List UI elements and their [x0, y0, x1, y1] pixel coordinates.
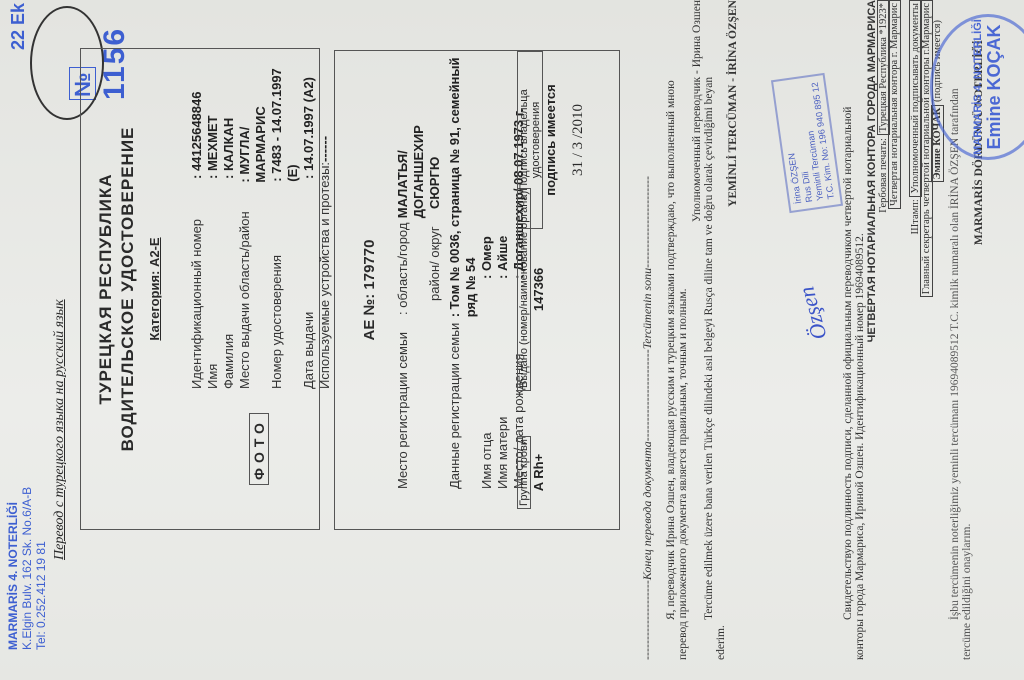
- translator-statement-ru: Я, переводчик Ирина Озшен, владеющая рус…: [665, 0, 677, 660]
- issue-date: 31 / 3 /2010: [570, 51, 587, 229]
- field-label: Фамилия: [221, 179, 237, 389]
- translation-note: Перевод с турецкого языка на русский язы…: [52, 299, 68, 560]
- field-row: Место выдачи область/район: МУГЛА/ МАРМА…: [237, 49, 269, 389]
- field-value: : 7483 - 14.07.1997 (E): [269, 49, 301, 182]
- field-value: : 14.07.1997 (A2): [301, 77, 317, 179]
- stamp-date-fragment: 22 Ek: [8, 3, 29, 50]
- field-label: Имя матери: [495, 279, 511, 489]
- signature-value: подпись имеется: [543, 51, 558, 229]
- seal-ring-text: MARMARİS 4. NOTERLİĞİ: [972, 19, 984, 155]
- serial-number: AE №: 179770: [361, 51, 378, 529]
- license-front: ТУРЕЦКАЯ РЕСПУБЛИКА ВОДИТЕЛЬСКОЕ УДОСТОВ…: [80, 48, 320, 530]
- region-value: МАЛАТЬЯ/ ДОГАНШЕХИР: [395, 59, 427, 218]
- field-label: Идентификационный номер: [189, 179, 205, 389]
- translator-signature: Özşen: [793, 284, 832, 343]
- blood-group: Группа крови A Rh+: [517, 436, 546, 509]
- family-fields: Данные регистрации семьи: Том № 0036, ст…: [447, 53, 527, 489]
- blood-value: A Rh+: [531, 436, 546, 509]
- district-label: район/ округ: [427, 209, 443, 309]
- field-row: Данные регистрации семьи: Том № 0036, ст…: [447, 53, 479, 489]
- license-fields: Идентификационный номер: 44125648846Имя:…: [189, 49, 333, 389]
- field-label: Используемые устройства и протезы:: [317, 162, 333, 389]
- field-row: Имя: МЕХМЕТ: [205, 49, 221, 389]
- district-value: СЮРГЮ: [427, 157, 443, 209]
- stamp-line-1: MARMARİS 4. NOTERLİĞİ: [6, 487, 20, 650]
- field-value: : МЕХМЕТ: [205, 115, 221, 179]
- seal-value-2: Четвертая нотариальная контора г. Мармар…: [888, 0, 901, 209]
- field-row: Используемые устройства и протезы: -----…: [317, 49, 333, 389]
- seal-name: Emine KOÇAK: [984, 25, 1005, 150]
- license-category: Категория: A2-E: [147, 49, 162, 529]
- region-label: : область/город: [395, 218, 427, 315]
- field-row: Имя матери: Айше: [495, 53, 511, 489]
- field-value: : Омер: [479, 236, 495, 279]
- license-back: AE №: 179770 Место регистрации семьи : о…: [334, 50, 620, 530]
- notary-statement: Свидетельствую подлинность подписи, сдел…: [842, 0, 854, 660]
- field-label: Имя отца: [479, 279, 495, 489]
- field-value: ------: [317, 136, 333, 162]
- field-value: : Том № 0036, страница № 91, семейный ря…: [447, 53, 479, 317]
- field-label: Номер удостоверения: [269, 182, 301, 389]
- stamp-line-2: K.Elgin Bulv. 162 Sk. No.6/A-B: [20, 487, 34, 650]
- authorized-translator: Уполномоченный переводчик - Ирина Озшен: [691, 0, 703, 660]
- notary-address-stamp: MARMARİS 4. NOTERLİĞİ K.Elgin Bulv. 162 …: [6, 487, 48, 650]
- blood-label: Группа крови: [517, 436, 531, 509]
- holder-signature: Подпись владельца удостоверения подпись …: [517, 51, 587, 229]
- field-row: Дата выдачи: 14.07.1997 (A2): [301, 49, 317, 389]
- field-row: Имя отца: Омер: [479, 53, 495, 489]
- certification-block: --------------------Конец перевода докум…: [640, 0, 739, 660]
- translator-statement-ru-2: перевод приложенного документа является …: [677, 0, 689, 660]
- field-label: Имя: [205, 179, 221, 389]
- end-of-translation-line: --------------------Конец перевода докум…: [640, 0, 655, 660]
- document-page: № 1156 22 Ek MARMARİS 4. NOTERLİĞİ K.Elg…: [0, 0, 1024, 680]
- field-value: : КАЛКАН: [221, 118, 237, 179]
- notary-statement-2: конторы города Мармариса, Ириной Озшен. …: [854, 0, 866, 660]
- translator-stamp: İrina ÖZŞEN Rus Dili Yeminli Tercüman T.…: [771, 73, 843, 213]
- country-title: ТУРЕЦКАЯ РЕСПУБЛИКА: [95, 49, 117, 529]
- field-value: : МУГЛА/ МАРМАРИС: [237, 49, 269, 183]
- field-row: Фамилия: КАЛКАН: [221, 49, 237, 389]
- signature-label: Подпись владельца удостоверения: [517, 51, 543, 229]
- field-label: Место выдачи область/район: [237, 183, 269, 389]
- translator-statement-tr: Tercüme edilmek üzere bana verilen Türkç…: [703, 0, 715, 660]
- stamp-line-3: Tel: 0.252.412 19 81: [34, 487, 48, 650]
- document-title: ВОДИТЕЛЬСКОЕ УДОСТОВЕРЕНИЕ: [117, 49, 139, 529]
- photo-placeholder: ФОТО: [249, 413, 269, 485]
- field-label: Дата выдачи: [301, 179, 317, 389]
- field-label: Данные регистрации семьи: [447, 317, 479, 489]
- field-value: : 44125648846: [189, 92, 205, 179]
- family-place: Место регистрации семьи : область/город …: [395, 59, 443, 489]
- field-row: Номер удостоверения: 7483 - 14.07.1997 (…: [269, 49, 301, 389]
- field-value: : Айше: [495, 236, 511, 279]
- field-row: Идентификационный номер: 44125648846: [189, 49, 205, 389]
- family-place-label: Место регистрации семьи: [395, 315, 427, 489]
- translator-statement-tr-2: ederim.: [715, 0, 727, 660]
- sworn-translator: YEMİNLİ TERCÜMAN - İRİNA ÖZŞEN: [727, 0, 739, 660]
